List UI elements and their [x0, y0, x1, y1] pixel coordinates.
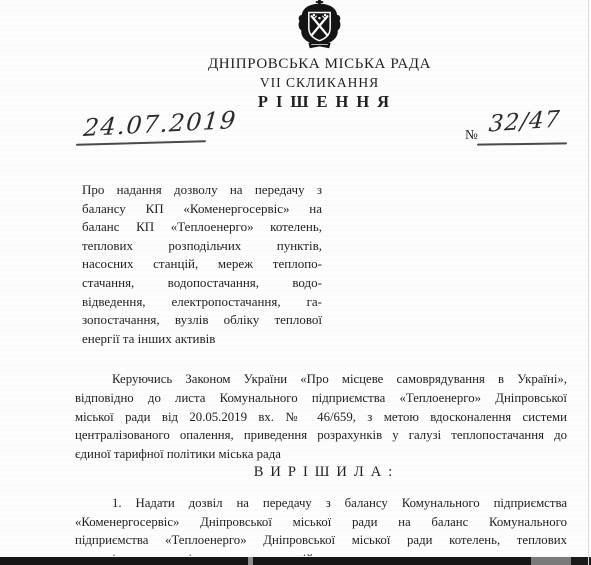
item-line: підприємства «Теплоенерго» Дніпровської …: [75, 531, 567, 550]
subject-line: енергії та інших активів: [82, 330, 322, 349]
subject-line: Про надання дозволу на передачу з: [82, 181, 322, 200]
council-name: ДНІПРОВСЬКА МІСЬКА РАДА: [24, 56, 591, 73]
number-underline: [477, 142, 567, 145]
coat-of-arms-svg: [291, 0, 348, 52]
subject-line: стачання, водопостачання, водо-: [82, 274, 322, 293]
scan-edge-line: [588, 0, 589, 565]
subject-line: балансу КП «Коменергосервіс» на: [82, 200, 322, 219]
subject-paragraph: Про надання дозволу на передачу з баланс…: [82, 181, 322, 348]
resolution-item-1: 1. Надати дозвіл на передачу з балансу К…: [75, 494, 567, 565]
subject-line: насосних станцій, мереж теплопо-: [82, 255, 322, 274]
number-sign: №: [465, 127, 478, 143]
preamble-line: Керуючись Законом України «Про місцеве с…: [75, 370, 567, 389]
subject-line: зопостачання, вузлів обліку теплової: [82, 311, 322, 330]
handwritten-number: 32/47: [488, 107, 562, 138]
subject-line: баланс КП «Теплоенерго» котелень,: [82, 218, 322, 237]
item-line: 1. Надати дозвіл на передачу з балансу К…: [75, 494, 567, 513]
preamble-line: відповідно до листа Комунального підприє…: [75, 389, 567, 408]
subject-line: відведення, електропостачання, га-: [82, 293, 322, 312]
preamble-line: єдиної тарифної політики міська рада: [75, 445, 567, 464]
resolution-heading: ВИРІШИЛА:: [24, 464, 591, 481]
preamble-line: міської ради від 20.05.2019 вх. № 46/659…: [75, 408, 567, 427]
subject-line: теплових розподільчих пунктів,: [82, 237, 322, 256]
document-scan: ДНІПРОВСЬКА МІСЬКА РАДА VII СКЛИКАННЯ РІ…: [0, 0, 591, 565]
preamble-line: централізованого опалення, приведення ро…: [75, 426, 567, 445]
scan-cutoff-bar: [0, 557, 591, 565]
convocation-line: VII СКЛИКАННЯ: [24, 75, 591, 91]
document-type-title: РІШЕННЯ: [24, 92, 591, 112]
preamble-paragraph: Керуючись Законом України «Про місцеве с…: [75, 370, 567, 464]
dnipro-coat-of-arms-icon: [291, 0, 348, 52]
item-line: «Коменергосервіс» Дніпровської міської р…: [75, 513, 567, 532]
